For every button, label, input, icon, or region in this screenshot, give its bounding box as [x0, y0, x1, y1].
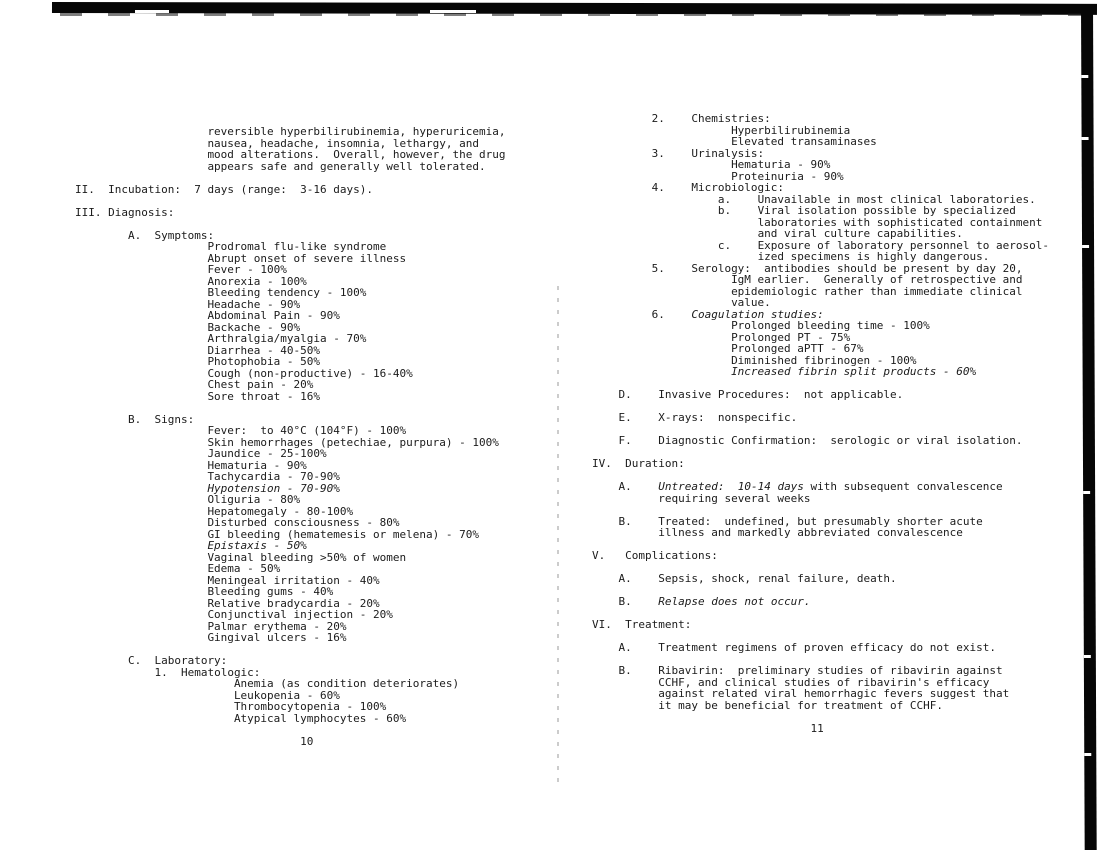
text-line: B. Relapse does not occur.: [592, 596, 1049, 608]
text-line: A. Sepsis, shock, renal failure, death.: [592, 573, 1049, 585]
text-line: III. Diagnosis:: [75, 207, 505, 219]
text-line: ized specimens is highly dangerous.: [592, 251, 1049, 263]
text-segment: Relapse does not occur.: [658, 595, 810, 608]
text-line: Fever: to 40°C (104°F) - 100%: [75, 425, 505, 437]
text-line: [75, 172, 505, 184]
text-line: IV. Duration:: [592, 458, 1049, 470]
page-gutter-line: [557, 286, 559, 786]
text-line: F. Diagnostic Confirmation: serologic or…: [592, 435, 1049, 447]
text-line: 2. Chemistries:: [592, 113, 1049, 125]
text-line: Gingival ulcers - 16%: [75, 632, 505, 644]
text-line: Prolonged aPTT - 67%: [592, 343, 1049, 355]
text-line: [592, 504, 1049, 516]
text-line: Epistaxis - 50%: [75, 540, 505, 552]
scan-edge-right-notch: [1083, 491, 1090, 494]
page-number: 11: [592, 723, 1049, 735]
text-segment: with subsequent convalescence: [804, 480, 1003, 493]
text-line: and viral culture capabilities.: [592, 228, 1049, 240]
text-segment: 6.: [652, 308, 692, 321]
text-line: Abdominal Pain - 90%: [75, 310, 505, 322]
page-left: reversible hyperbilirubinemia, hyperuric…: [75, 126, 505, 747]
text-line: it may be beneficial for treatment of CC…: [592, 700, 1049, 712]
text-line: Photophobia - 50%: [75, 356, 505, 368]
scan-edge-right: [1081, 5, 1097, 850]
text-line: Oliguria - 80%: [75, 494, 505, 506]
text-line: against related viral hemorrhagic fevers…: [592, 688, 1049, 700]
text-line: Fever - 100%: [75, 264, 505, 276]
scan-edge-right-notch: [1084, 655, 1091, 658]
text-line: Edema - 50%: [75, 563, 505, 575]
text-line: reversible hyperbilirubinemia, hyperuric…: [75, 126, 505, 138]
text-line: Atypical lymphocytes - 60%: [75, 713, 505, 725]
text-line: B. Ribavirin: preliminary studies of rib…: [592, 665, 1049, 677]
scan-edge-right-notch: [1082, 137, 1089, 140]
text-line: Arthralgia/myalgia - 70%: [75, 333, 505, 345]
text-line: [75, 402, 505, 414]
text-line: A. Treatment regimens of proven efficacy…: [592, 642, 1049, 654]
scan-edge-right-notch: [1081, 75, 1088, 78]
text-line: A. Untreated: 10-14 days with subsequent…: [592, 481, 1049, 493]
text-line: Sore throat - 16%: [75, 391, 505, 403]
text-line: [75, 218, 505, 230]
text-line: D. Invasive Procedures: not applicable.: [592, 389, 1049, 401]
text-line: mood alterations. Overall, however, the …: [75, 149, 505, 161]
text-line: Disturbed consciousness - 80%: [75, 517, 505, 529]
text-line: Thrombocytopenia - 100%: [75, 701, 505, 713]
text-line: C. Laboratory:: [75, 655, 505, 667]
text-line: b. Viral isolation possible by specializ…: [592, 205, 1049, 217]
text-line: Anemia (as condition deteriorates): [75, 678, 505, 690]
scan-edge-top-notch: [135, 10, 169, 13]
page-number: 10: [75, 736, 505, 748]
text-line: VI. Treatment:: [592, 619, 1049, 631]
text-line: [592, 711, 1049, 723]
text-line: E. X-rays: nonspecific.: [592, 412, 1049, 424]
text-line: appears safe and generally well tolerate…: [75, 161, 505, 173]
text-line: 4. Microbiologic:: [592, 182, 1049, 194]
text-line: Jaundice - 25-100%: [75, 448, 505, 460]
text-segment: B.: [618, 595, 658, 608]
text-line: II. Incubation: 7 days (range: 3-16 days…: [75, 184, 505, 196]
text-line: [75, 724, 505, 736]
text-line: Prodromal flu-like syndrome: [75, 241, 505, 253]
text-line: [75, 195, 505, 207]
text-line: Elevated transaminases: [592, 136, 1049, 148]
page-right: 2. Chemistries:HyperbilirubinemiaElevate…: [592, 113, 1049, 734]
text-line: Prolonged bleeding time - 100%: [592, 320, 1049, 332]
text-line: requiring several weeks: [592, 493, 1049, 505]
text-line: IgM earlier. Generally of retrospective …: [592, 274, 1049, 286]
text-line: Chest pain - 20%: [75, 379, 505, 391]
scan-edge-right-notch: [1084, 753, 1091, 756]
scan-edge-top-notch: [430, 10, 476, 13]
text-line: V. Complications:: [592, 550, 1049, 562]
text-line: Bleeding gums - 40%: [75, 586, 505, 598]
text-line: Tachycardia - 70-90%: [75, 471, 505, 483]
scan-edge-top-fuzz: [60, 13, 1090, 16]
text-line: Abrupt onset of severe illness: [75, 253, 505, 265]
scanned-document: reversible hyperbilirubinemia, hyperuric…: [0, 0, 1097, 850]
text-segment: A.: [618, 480, 658, 493]
text-line: Vaginal bleeding >50% of women: [75, 552, 505, 564]
text-line: Conjunctival injection - 20%: [75, 609, 505, 621]
scan-edge-right-notch: [1082, 245, 1089, 248]
text-line: illness and markedly abbreviated convale…: [592, 527, 1049, 539]
text-line: Bleeding tendency - 100%: [75, 287, 505, 299]
text-line: Increased fibrin split products - 60%: [592, 366, 1049, 378]
text-line: Hematuria - 90%: [592, 159, 1049, 171]
text-line: epidemiologic rather than immediate clin…: [592, 286, 1049, 298]
